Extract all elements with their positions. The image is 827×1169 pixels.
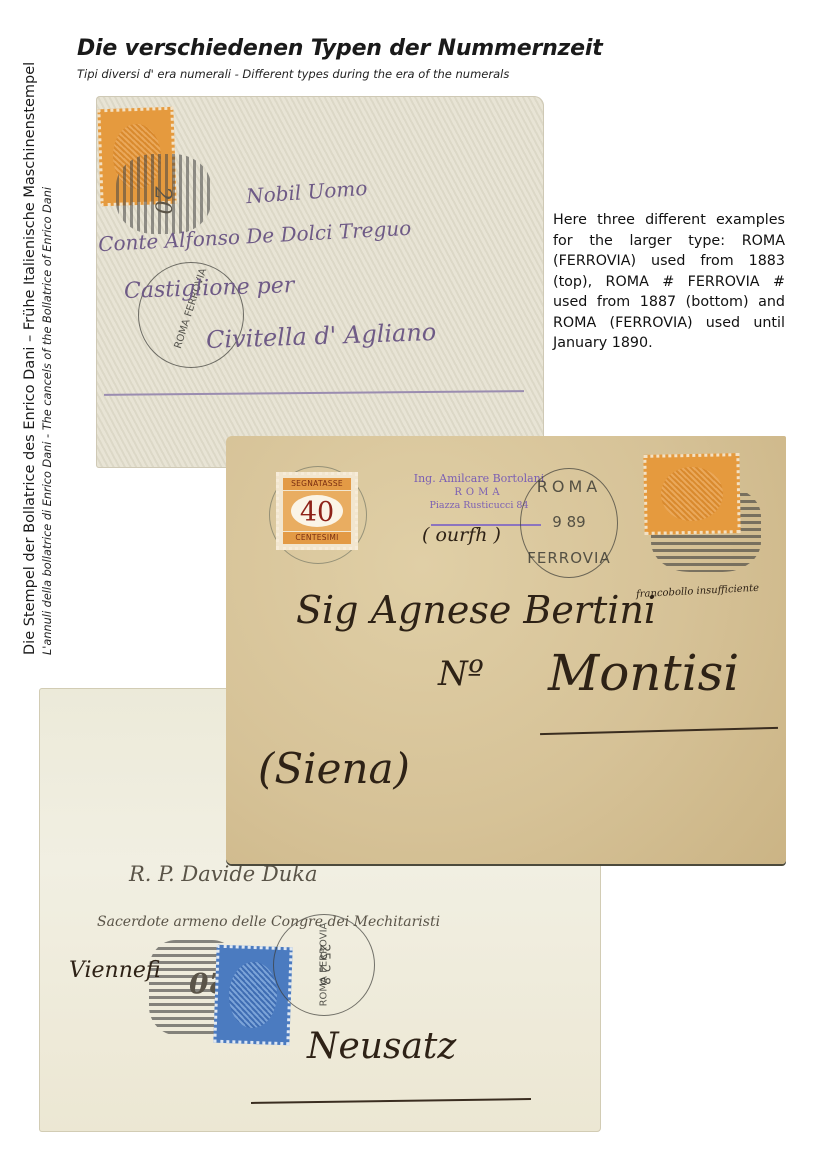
side-caption-main: Die Stempel der Bollatrice des Enrico Da… (22, 40, 38, 655)
postage-due-value: 40 (291, 495, 343, 527)
postmark-roma-ferrovia: ROMA 9 89 FERROVIA (520, 468, 618, 578)
address-underline (251, 1098, 531, 1103)
address-line: Sacerdote armeno delle Congre dei Mechit… (97, 914, 440, 930)
address-prefix: Nº (438, 654, 484, 694)
address-line: Nobil Uomo (245, 176, 368, 208)
address-line: Viennefi (69, 958, 161, 983)
postage-due-stamp: SEGNATASSE 40 CENTESIMI (276, 472, 358, 550)
address-line: Neusatz (307, 1026, 456, 1067)
address-line: Castiglione per (124, 273, 295, 304)
address-underline (540, 727, 778, 735)
address-underline (104, 390, 524, 395)
side-caption: Die Stempel der Bollatrice des Enrico Da… (22, 40, 54, 655)
envelope-middle: SEGNATASSE 40 CENTESIMI Ing. Amilcare Bo… (226, 436, 786, 864)
page-title: Die verschiedenen Typen der Nummernzeit (77, 36, 603, 61)
address-line: (Siena) (258, 744, 410, 793)
envelope-top: 20 ROMA FERROVIA Nobil Uomo Conte Alfons… (96, 96, 544, 468)
numeral-cancel-number: 20 (150, 187, 175, 215)
stamp-orange-numeral-icon (643, 453, 740, 535)
address-line: Sig Agnese Bertini (296, 588, 656, 632)
description-text: Here three different examples for the la… (553, 210, 785, 354)
page-subtitle: Tipi diversi d' era numerali - Different… (77, 67, 509, 81)
side-caption-sub: L'annuli della bollatrice di Enrico Dani… (41, 40, 54, 655)
address-line: Montisi (548, 644, 739, 702)
note-text: ( ourfh ) (422, 524, 501, 546)
address-line: R. P. Davide Duka (129, 862, 317, 886)
